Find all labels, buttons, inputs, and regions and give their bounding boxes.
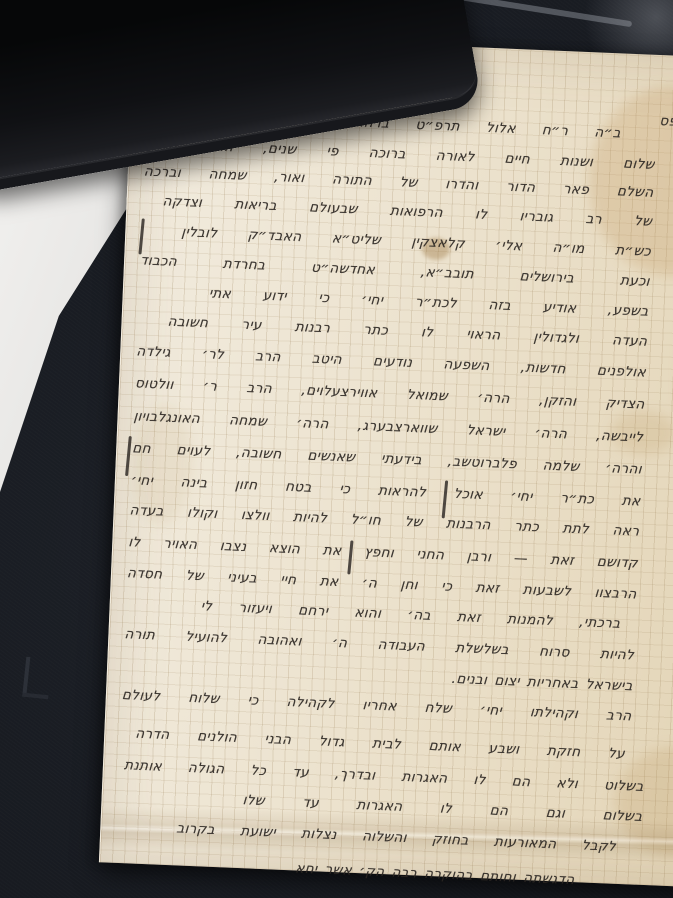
cradle-corner-mark <box>20 657 54 704</box>
corner-mark-horizontal <box>22 693 48 700</box>
margin-fragment: פס <box>643 114 673 129</box>
corner-mark-vertical <box>22 657 30 697</box>
photo-scene: העתק המכתב ב״ה ר״ח אלול תרפ״ט ברחוב קטן … <box>0 0 673 898</box>
letter-page: העתק המכתב ב״ה ר״ח אלול תרפ״ט ברחוב קטן … <box>99 33 673 889</box>
